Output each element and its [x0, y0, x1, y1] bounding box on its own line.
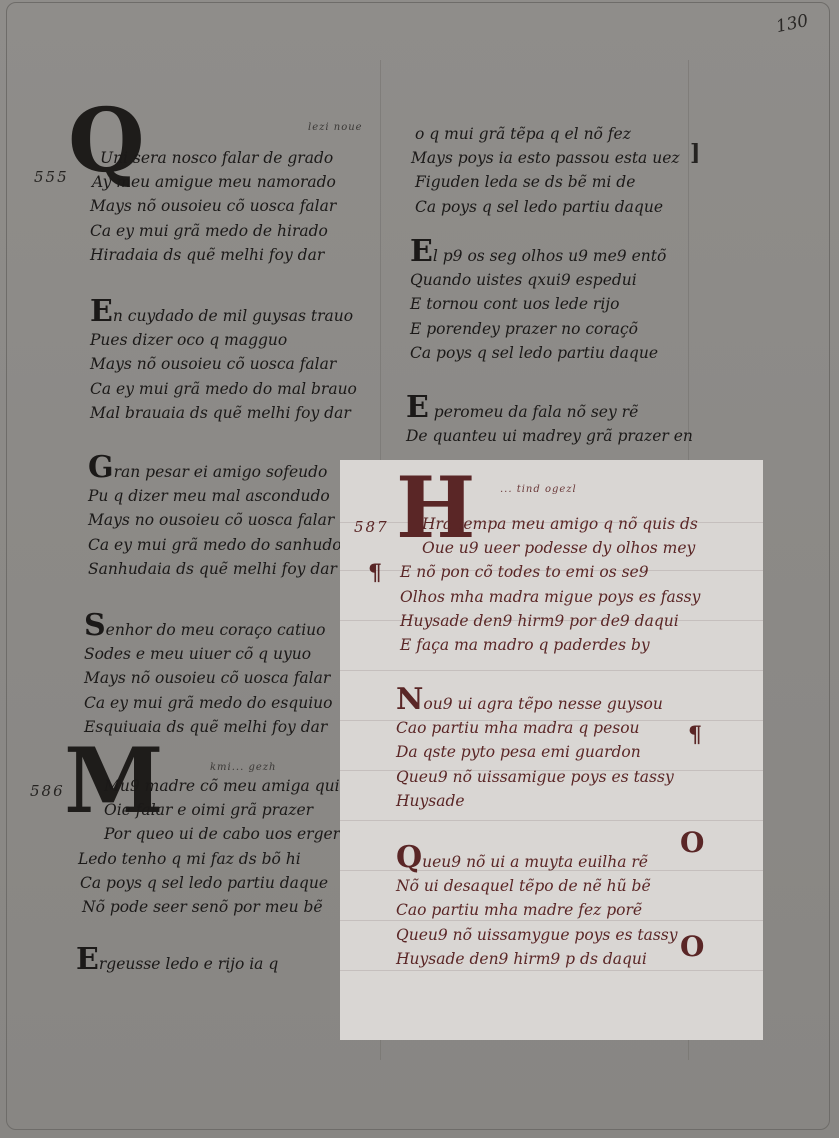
margin-number: 586 — [30, 782, 65, 800]
verse-line: Gran pesar ei amigo sofeudo — [88, 460, 342, 484]
verse-line: Mal brauaia ds quẽ melhi foy dar — [90, 401, 357, 425]
verse-line: Ca ey mui grã medo do sanhudo — [88, 533, 342, 557]
stanza-h3: Queu9 nõ ui a muyta euilha rẽ Nõ ui desa… — [396, 850, 678, 971]
verse-line: De quanteu ui madrey grã prazer en — [406, 424, 693, 448]
verse-line: Sanhudaia ds quẽ melhi foy dar — [88, 557, 342, 581]
verse-line: Cao partiu mha madra q pesou — [396, 716, 674, 740]
verse-line: Ca poys q sel ledo partiu daque — [415, 195, 680, 219]
verse-line: Mays no ousoieu cõ uosca falar — [88, 508, 342, 532]
verse-line: Queu9 nõ uissamigue poys es tassy — [396, 765, 674, 789]
verse-line: Huysade — [396, 789, 674, 813]
verse-line: E faça ma madro q paderdes by — [400, 633, 700, 657]
verse-line: Por queo ui de cabo uos erger — [104, 822, 340, 846]
verse-line: Queu9 nõ uissamygue poys es tassy — [396, 923, 678, 947]
verse-line: Hiradaia ds quẽ melhi foy dar — [90, 243, 336, 267]
paragraph-mark: ¶ — [368, 560, 382, 586]
paragraph-mark: ¶ — [688, 722, 702, 748]
margin-mark: O — [680, 930, 704, 963]
verse-line: E porendey prazer no coraçõ — [410, 317, 666, 341]
verse-line: E nõ pon cõ todes to emi os se9 — [400, 560, 700, 584]
verse-line: Nõ ui desaquel tẽpo de nẽ hũ bẽ — [396, 874, 678, 898]
verse-line: Figuden leda se ds bẽ mi de — [415, 170, 680, 194]
verse-line: Nou9 ui agra tẽpo nesse guysou — [396, 692, 674, 716]
verse-line: El p9 os seg olhos u9 me9 entõ — [410, 244, 666, 268]
stanza-1: Uni sera nosco falar de grado Ay meu ami… — [100, 146, 336, 267]
verse-line: Queu9 nõ ui a muyta euilha rẽ — [396, 850, 678, 874]
verse-line: Ay meu amigue meu namorado — [92, 170, 336, 194]
verse-line: Ca poys q sel ledo partiu daque — [410, 341, 666, 365]
verse-line: Pu q dizer meu mal ascondudo — [88, 484, 342, 508]
verse-line: Ca ey mui grã medo do esquiuo — [84, 691, 332, 715]
verse-line: Senhor do meu coraço catiuo — [84, 618, 332, 642]
verse-line: Cao partiu mha madre fez porẽ — [396, 898, 678, 922]
verse-line: Uni sera nosco falar de grado — [100, 146, 336, 170]
stanza-6: Ergeusse ledo e rijo ia q — [76, 952, 278, 976]
stanza-h1: Hra tempa meu amigo q nõ quis ds Oue u9 … — [422, 512, 700, 657]
margin-bracket: ] — [690, 140, 700, 166]
verse-line: o q mui grã tẽpa q el nõ fez — [415, 122, 680, 146]
verse-line: Mays poys ia esto passou esta uez — [411, 146, 680, 170]
verse-line: Huysade den9 hirm9 por de9 daqui — [400, 609, 700, 633]
verse-line: Ledo tenho q mi faz ds bõ hi — [78, 847, 340, 871]
verse-line: En cuydado de mil guysas trauo — [90, 304, 357, 328]
stanza-5: Mu9 madre cõ meu amiga qui Oie falar e o… — [104, 774, 340, 919]
verse-line: Mays nõ ousoieu cõ uosca falar — [90, 352, 357, 376]
verse-line: Mu9 madre cõ meu amiga qui — [104, 774, 340, 798]
stanza-r2: El p9 os seg olhos u9 me9 entõ Quando ui… — [410, 244, 666, 365]
verse-line: Quando uistes qxui9 espedui — [410, 268, 666, 292]
ruling-line — [340, 820, 763, 821]
verse-line: Hra tempa meu amigo q nõ quis ds — [422, 512, 700, 536]
verse-line: Oie falar e oimi grã prazer — [104, 798, 340, 822]
margin-number: 587 — [354, 518, 389, 536]
verse-line: Mays nõ ousoieu cõ uosca falar — [84, 666, 332, 690]
stanza-r3: E peromeu da fala nõ sey rẽ De quanteu u… — [406, 400, 693, 448]
verse-line: Oue u9 ueer podesse dy olhos mey — [422, 536, 700, 560]
catchword: lezi noue — [308, 122, 363, 133]
verse-line: Huysade den9 hirm9 p ds daqui — [396, 947, 678, 971]
verse-line: Sodes e meu uiuer cõ q uyuo — [84, 642, 332, 666]
stanza-h2: Nou9 ui agra tẽpo nesse guysou Cao parti… — [396, 692, 674, 813]
stanza-3: Gran pesar ei amigo sofeudo Pu q dizer m… — [88, 460, 342, 581]
verse-line: Da qste pyto pesa emi guardon — [396, 740, 674, 764]
verse-line: E peromeu da fala nõ sey rẽ — [406, 400, 693, 424]
verse-line: Ca poys q sel ledo partiu daque — [80, 871, 340, 895]
verse-line: Olhos mha madra migue poys es fassy — [400, 585, 700, 609]
ruling-line — [340, 670, 763, 671]
verse-line: Ca ey mui grã medo de hirado — [90, 219, 336, 243]
verse-line: E tornou cont uos lede rijo — [410, 292, 666, 316]
verse-line: Ca ey mui grã medo do mal brauo — [90, 377, 357, 401]
verse-line: Nõ pode seer senõ por meu bẽ — [82, 895, 340, 919]
stanza-4: Senhor do meu coraço catiuo Sodes e meu … — [84, 618, 332, 739]
verse-line: Pues dizer oco q magguo — [90, 328, 357, 352]
margin-mark: O — [680, 826, 704, 859]
verse-line: Ergeusse ledo e rijo ia q — [76, 952, 278, 976]
verse-line: Mays nõ ousoieu cõ uosca falar — [90, 194, 336, 218]
stanza-r1: o q mui grã tẽpa q el nõ fez Mays poys i… — [415, 122, 680, 219]
catchword: ... tind ogezl — [500, 484, 577, 495]
highlighted-region: ... tind ogezl 587 H ¶ Hra tempa meu ami… — [340, 460, 763, 1040]
stanza-2: En cuydado de mil guysas trauo Pues dize… — [90, 304, 357, 425]
manuscript-page: 130 lezi noue 555 Q Uni sera nosco falar… — [0, 0, 839, 1138]
margin-number: 555 — [34, 168, 69, 186]
catchword: kmi... gezh — [210, 762, 276, 773]
